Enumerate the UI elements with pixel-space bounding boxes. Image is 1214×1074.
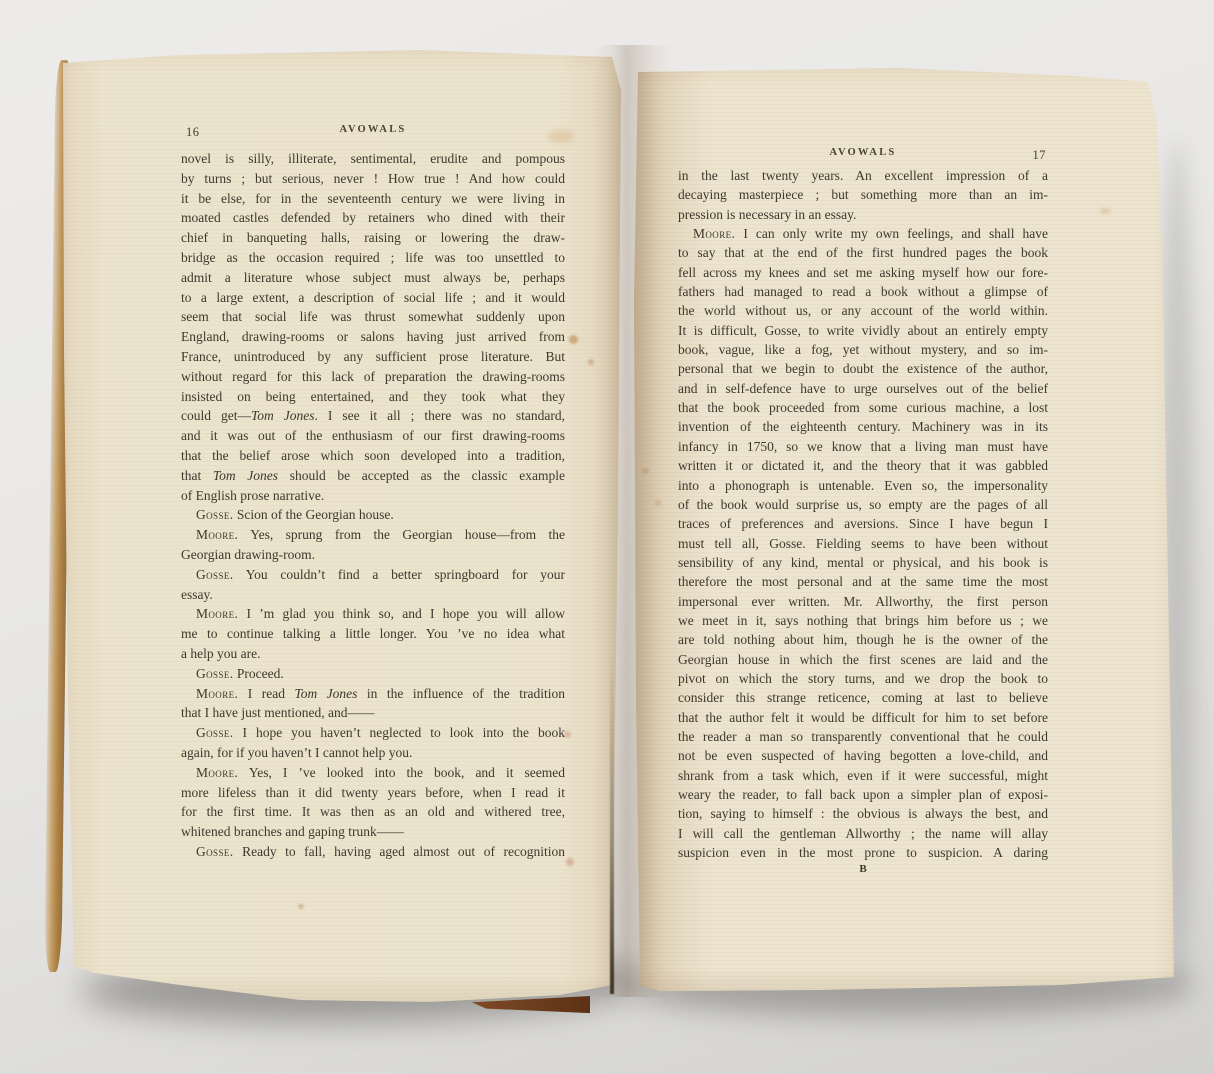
body-text: You couldn’t find a better springboard f…: [234, 567, 565, 582]
text-line: personal that we begin to doubt the exis…: [678, 359, 1048, 378]
text-line: impersonal ever written. Mr. Allworthy, …: [678, 592, 1048, 611]
text-line: without regard for this lack of preparat…: [181, 367, 565, 387]
text-line: invention of the eighteenth century. Mac…: [678, 417, 1048, 436]
body-text: are told nothing about him, though he is…: [678, 632, 1048, 647]
left-page-text: novel is silly, illiterate, sentimental,…: [181, 149, 565, 862]
text-line: are told nothing about him, though he is…: [678, 630, 1048, 649]
text-line: tion, saying to himself : the obvious is…: [678, 804, 1048, 823]
text-line: Gosse. Proceed.: [181, 664, 565, 684]
text-line: essay.: [181, 585, 565, 605]
body-text: essay.: [181, 587, 213, 602]
text-line: not be even suspected of having begotten…: [678, 746, 1048, 765]
body-text: invention of the eighteenth century. Mac…: [678, 419, 1048, 434]
text-line: Gosse. Scion of the Georgian house.: [181, 505, 565, 525]
body-text: fell across my knees and set me asking m…: [678, 265, 1048, 280]
body-text: again, for if you haven’t I cannot help …: [181, 745, 412, 760]
body-text: that: [181, 468, 213, 483]
text-line: novel is silly, illiterate, sentimental,…: [181, 149, 565, 169]
body-text: to say that at the end of the first hund…: [678, 245, 1048, 260]
text-line: Moore. I can only write my own feelings,…: [678, 224, 1048, 243]
text-line: and it was out of the enthusiasm of our …: [181, 426, 565, 446]
italic-text: Tom Jones: [294, 686, 357, 701]
body-text: in the last twenty years. An excellent i…: [678, 168, 1048, 183]
right-page-text: in the last twenty years. An excellent i…: [678, 166, 1048, 862]
text-line: admit a literature whose subject must al…: [181, 268, 565, 288]
text-line: Moore. I ’m glad you think so, and I hop…: [181, 604, 565, 624]
text-line: decaying masterpiece ; but something mor…: [678, 185, 1048, 204]
text-line: to a large extent, a description of soci…: [181, 288, 565, 308]
text-line: England, drawing-rooms or salons having …: [181, 327, 565, 347]
body-text: that the belief arose which soon develop…: [181, 448, 565, 463]
text-line: the world without us, or any account of …: [678, 301, 1048, 320]
body-text: of the book would surprise us, so empty …: [678, 497, 1048, 512]
text-line: by turns ; but serious, never ! How true…: [181, 169, 565, 189]
text-line: Georgian house in which the first scenes…: [678, 650, 1048, 669]
text-line: more lifeless than it did twenty years b…: [181, 783, 565, 803]
text-line: chief in banqueting halls, raising or lo…: [181, 228, 565, 248]
text-line: Gosse. Ready to fall, having aged almost…: [181, 842, 565, 862]
body-text: whitened branches and gaping trunk——: [181, 824, 404, 839]
text-line: again, for if you haven’t I cannot help …: [181, 743, 565, 763]
text-line: whitened branches and gaping trunk——: [181, 822, 565, 842]
text-line: weary the reader, to fall back upon a si…: [678, 785, 1048, 804]
text-line: of English prose narrative.: [181, 486, 565, 506]
text-line: in the last twenty years. An excellent i…: [678, 166, 1048, 185]
text-line: traces of preferences and aversions. Sin…: [678, 514, 1048, 533]
text-line: I will call the gentleman Allworthy ; th…: [678, 824, 1048, 843]
left-page: 16 AVOWALS novel is silly, illiterate, s…: [55, 45, 630, 1010]
body-text: novel is silly, illiterate, sentimental,…: [181, 151, 565, 166]
body-text: and in self-defence have to urge ourselv…: [678, 381, 1048, 396]
body-text: should be accepted as the classic exampl…: [278, 468, 565, 483]
body-text: I will call the gentleman Allworthy ; th…: [678, 826, 1048, 841]
photo-background: 16 AVOWALS novel is silly, illiterate, s…: [0, 0, 1214, 1074]
text-line: it be else, for in the seventeenth centu…: [181, 189, 565, 209]
text-line: Georgian drawing-room.: [181, 545, 565, 565]
body-text: admit a literature whose subject must al…: [181, 270, 565, 285]
body-text: I can only write my own feelings, and sh…: [735, 226, 1048, 241]
text-line: Moore. I read Tom Jones in the influence…: [181, 684, 565, 704]
body-text: that the book proceeded from some curiou…: [678, 400, 1048, 415]
signature-mark: B: [678, 863, 1048, 875]
body-text: chief in banqueting halls, raising or lo…: [181, 230, 565, 245]
body-text: that I have just mentioned, and——: [181, 705, 374, 720]
body-text: I read: [238, 686, 294, 701]
body-text: written it or dictated it, and the theor…: [678, 458, 1048, 473]
text-line: pression is necessary in an essay.: [678, 205, 1048, 224]
body-text: could get—: [181, 408, 251, 423]
body-text: sensibility of any kind, mental or physi…: [678, 555, 1048, 570]
body-text: pivot on which the story turns, and we d…: [678, 671, 1048, 686]
body-text: fathers had managed to read a book witho…: [678, 284, 1048, 299]
text-line: the reader a man so transparently conven…: [678, 727, 1048, 746]
body-text: traces of preferences and aversions. Sin…: [678, 516, 1048, 531]
speaker-name: Gosse.: [196, 725, 234, 740]
body-text: England, drawing-rooms or salons having …: [181, 329, 565, 344]
text-line: that the book proceeded from some curiou…: [678, 398, 1048, 417]
body-text: for the first time. It was then as an ol…: [181, 804, 565, 819]
body-text: Ready to fall, having aged almost out of…: [234, 844, 565, 859]
body-text: suspicion even in the most prone to susp…: [678, 845, 1048, 860]
body-text: more lifeless than it did twenty years b…: [181, 785, 565, 800]
body-text: and it was out of the enthusiasm of our …: [181, 428, 565, 443]
body-text: to a large extent, a description of soci…: [181, 290, 565, 305]
text-line: bridge as the occasion required ; life w…: [181, 248, 565, 268]
text-line: Moore. Yes, sprung from the Georgian hou…: [181, 525, 565, 545]
body-text: the reader a man so transparently conven…: [678, 729, 1048, 744]
speaker-name: Moore.: [196, 527, 238, 542]
body-text: me to continue talking a little longer. …: [181, 626, 565, 641]
body-text: Georgian house in which the first scenes…: [678, 652, 1048, 667]
text-line: me to continue talking a little longer. …: [181, 624, 565, 644]
text-line: Moore. Yes, I ’ve looked into the book, …: [181, 763, 565, 783]
body-text: I ’m glad you think so, and I hope you w…: [238, 606, 565, 621]
text-line: It is difficult, Gosse, to write vividly…: [678, 321, 1048, 340]
text-line: and in self-defence have to urge ourselv…: [678, 379, 1048, 398]
body-text: shrank from a task which, even if it wer…: [678, 768, 1048, 783]
body-text: by turns ; but serious, never ! How true…: [181, 171, 565, 186]
body-text: in the influence of the tradition: [357, 686, 565, 701]
speaker-name: Gosse.: [196, 567, 234, 582]
body-text: that the author felt it would be difficu…: [678, 710, 1048, 725]
text-line: a help you are.: [181, 644, 565, 664]
text-line: suspicion even in the most prone to susp…: [678, 843, 1048, 862]
body-text: into a phonograph is untenable. Even so,…: [678, 478, 1048, 493]
text-line: therefore the most personal and at the s…: [678, 572, 1048, 591]
speaker-name: Moore.: [196, 686, 238, 701]
body-text: infancy in 1750, so we know that a livin…: [678, 439, 1048, 454]
body-text: we meet in it, says nothing that brings …: [678, 613, 1048, 628]
body-text: Proceed.: [234, 666, 284, 681]
text-line: written it or dictated it, and the theor…: [678, 456, 1048, 475]
text-line: Gosse. You couldn’t find a better spring…: [181, 565, 565, 585]
text-line: pivot on which the story turns, and we d…: [678, 669, 1048, 688]
text-line: must tell all, Gosse. Fielding seems to …: [678, 534, 1048, 553]
body-text: . I see it all ; there was no standard,: [315, 408, 565, 423]
body-text: must tell all, Gosse. Fielding seems to …: [678, 536, 1048, 551]
body-text: moated castles defended by retainers who…: [181, 210, 565, 225]
body-text: Yes, I ’ve looked into the book, and it …: [238, 765, 565, 780]
text-line: infancy in 1750, so we know that a livin…: [678, 437, 1048, 456]
text-line: France, unintroduced by any sufficient p…: [181, 347, 565, 367]
body-text: Scion of the Georgian house.: [234, 507, 394, 522]
body-text: It is difficult, Gosse, to write vividly…: [678, 323, 1048, 338]
speaker-name: Gosse.: [196, 507, 234, 522]
text-line: that the author felt it would be difficu…: [678, 708, 1048, 727]
text-line: sensibility of any kind, mental or physi…: [678, 553, 1048, 572]
text-line: into a phonograph is untenable. Even so,…: [678, 476, 1048, 495]
body-text: book, vague, like a fog, yet without mys…: [678, 342, 1048, 357]
text-line: shrank from a task which, even if it wer…: [678, 766, 1048, 785]
body-text: impersonal ever written. Mr. Allworthy, …: [678, 594, 1048, 609]
body-text: tion, saying to himself : the obvious is…: [678, 806, 1048, 821]
text-line: could get—Tom Jones. I see it all ; ther…: [181, 406, 565, 426]
body-text: Georgian drawing-room.: [181, 547, 315, 562]
body-text: France, unintroduced by any sufficient p…: [181, 349, 565, 364]
body-text: bridge as the occasion required ; life w…: [181, 250, 565, 265]
text-line: we meet in it, says nothing that brings …: [678, 611, 1048, 630]
text-line: book, vague, like a fog, yet without mys…: [678, 340, 1048, 359]
body-text: therefore the most personal and at the s…: [678, 574, 1048, 589]
body-text: it be else, for in the seventeenth centu…: [181, 191, 565, 206]
text-line: to say that at the end of the first hund…: [678, 243, 1048, 262]
text-line: fathers had managed to read a book witho…: [678, 282, 1048, 301]
body-text: of English prose narrative.: [181, 488, 324, 503]
speaker-name: Moore.: [196, 765, 238, 780]
right-page-number: 17: [1033, 148, 1047, 163]
text-line: seem that social life was thrust somewha…: [181, 307, 565, 327]
body-text: I hope you haven’t neglected to look int…: [234, 725, 565, 740]
speaker-name: Moore.: [693, 226, 735, 241]
text-line: Gosse. I hope you haven’t neglected to l…: [181, 723, 565, 743]
body-text: consider this strange reticence, coming …: [678, 690, 1048, 705]
text-line: fell across my knees and set me asking m…: [678, 263, 1048, 282]
left-running-title: AVOWALS: [181, 124, 565, 135]
right-running-title: AVOWALS: [678, 147, 1048, 158]
body-text: without regard for this lack of preparat…: [181, 369, 565, 384]
body-text: personal that we begin to doubt the exis…: [678, 361, 1048, 376]
italic-text: Tom Jones: [251, 408, 315, 423]
speaker-name: Moore.: [196, 606, 238, 621]
text-line: that I have just mentioned, and——: [181, 703, 565, 723]
body-text: weary the reader, to fall back upon a si…: [678, 787, 1048, 802]
body-text: not be even suspected of having begotten…: [678, 748, 1048, 763]
text-line: insisted on being entertained, and they …: [181, 387, 565, 407]
text-line: for the first time. It was then as an ol…: [181, 802, 565, 822]
body-text: Yes, sprung from the Georgian house—from…: [238, 527, 565, 542]
body-text: pression is necessary in an essay.: [678, 207, 856, 222]
text-line: that Tom Jones should be accepted as the…: [181, 466, 565, 486]
right-page: AVOWALS 17 in the last twenty years. An …: [630, 60, 1180, 995]
text-line: consider this strange reticence, coming …: [678, 688, 1048, 707]
text-line: of the book would surprise us, so empty …: [678, 495, 1048, 514]
body-text: decaying masterpiece ; but something mor…: [678, 187, 1048, 202]
speaker-name: Gosse.: [196, 844, 234, 859]
body-text: insisted on being entertained, and they …: [181, 389, 565, 404]
body-text: the world without us, or any account of …: [678, 303, 1048, 318]
text-line: that the belief arose which soon develop…: [181, 446, 565, 466]
body-text: a help you are.: [181, 646, 260, 661]
body-text: seem that social life was thrust somewha…: [181, 309, 565, 324]
speaker-name: Gosse.: [196, 666, 234, 681]
text-line: moated castles defended by retainers who…: [181, 208, 565, 228]
italic-text: Tom Jones: [213, 468, 278, 483]
